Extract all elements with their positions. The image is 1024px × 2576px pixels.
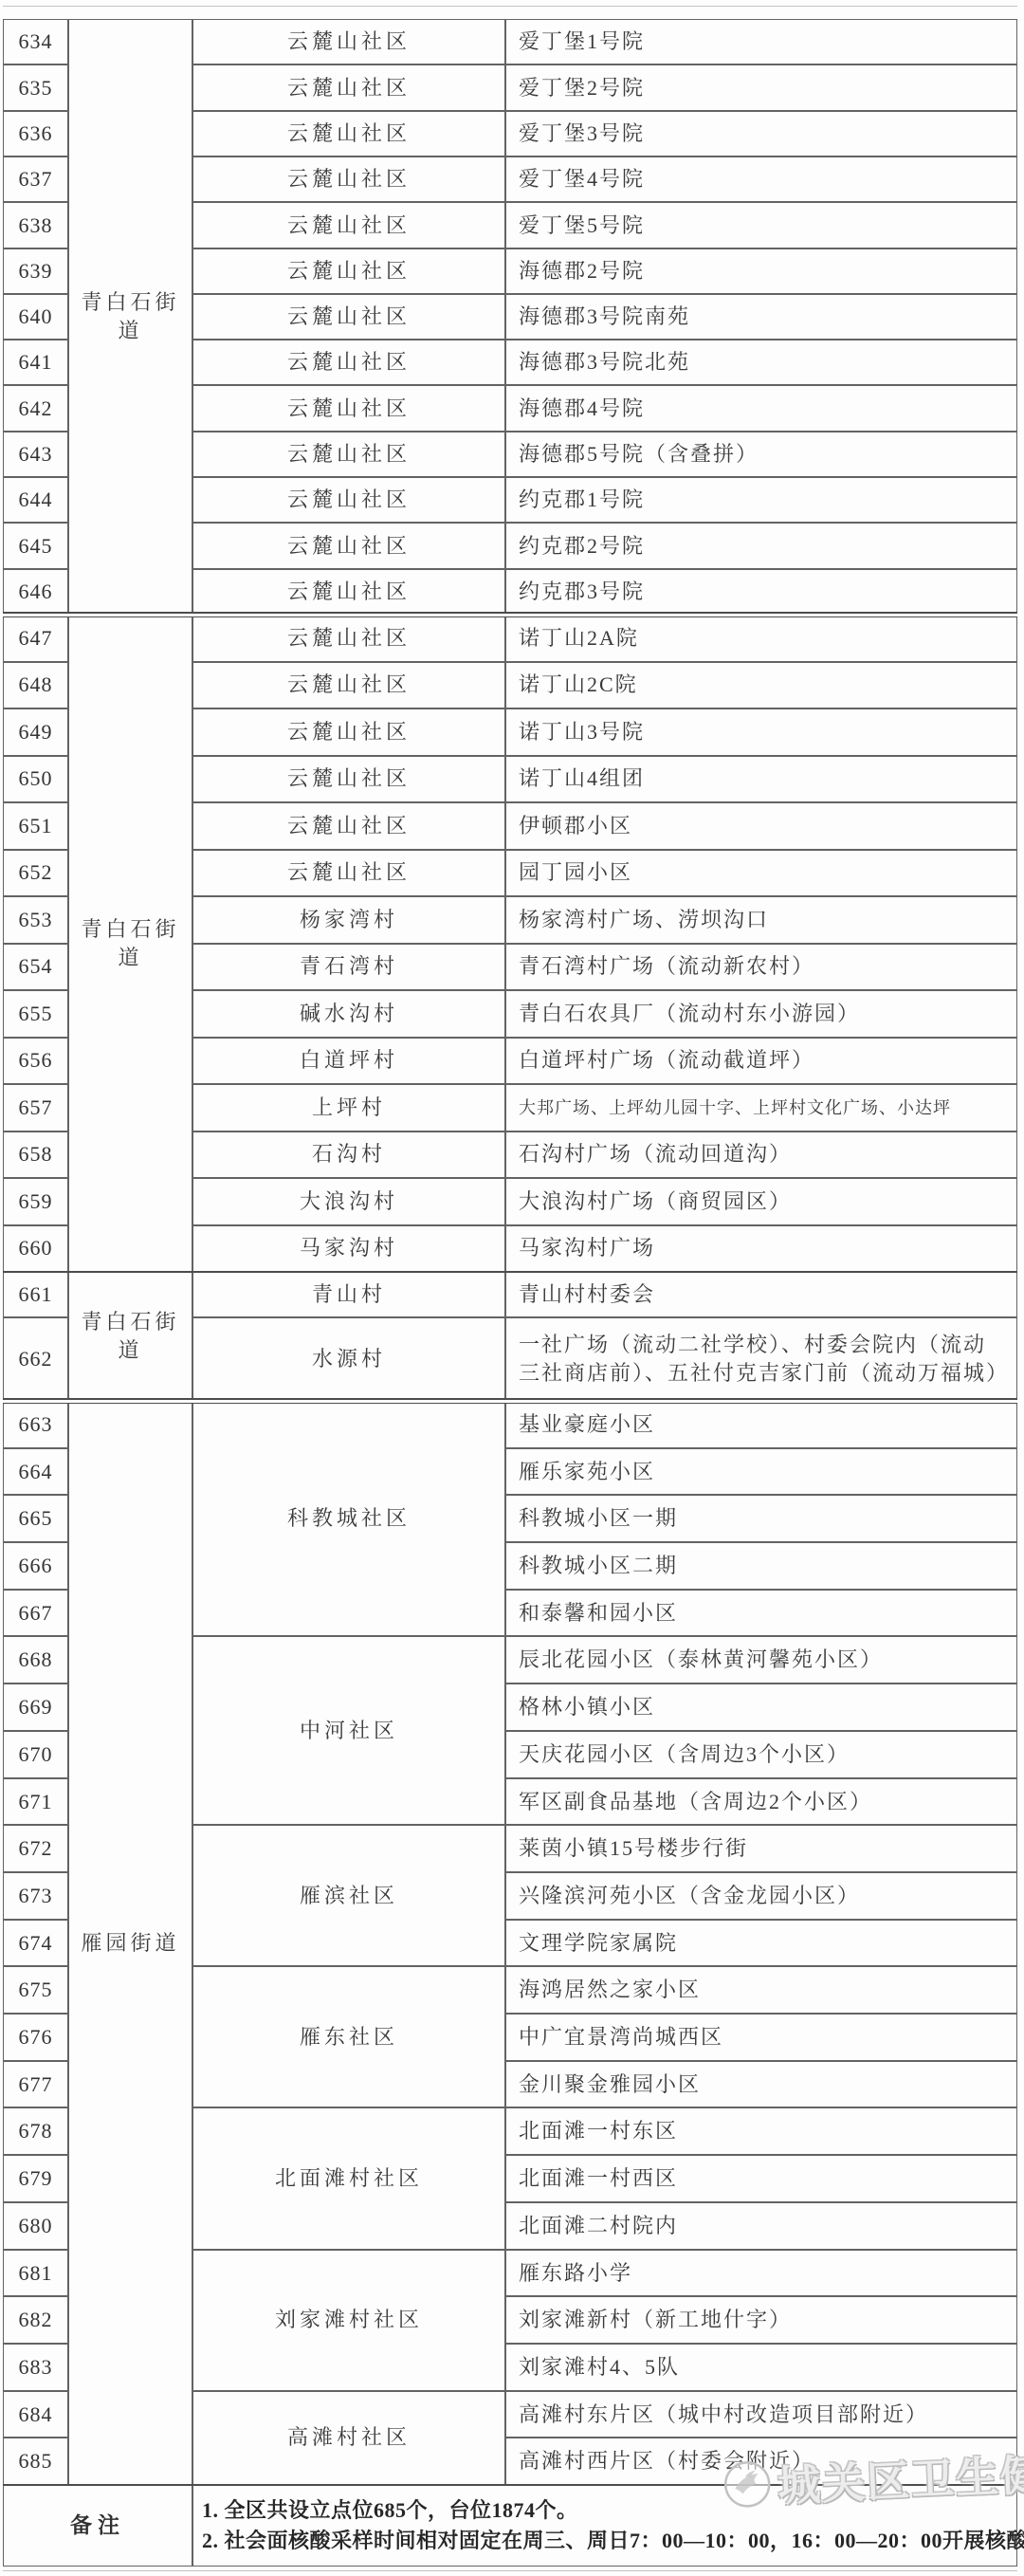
row-number-cell: 641 bbox=[3, 340, 68, 385]
row-number-cell: 653 bbox=[3, 896, 68, 944]
row-number-cell: 644 bbox=[3, 477, 68, 523]
table-top-cut-line bbox=[3, 6, 1017, 7]
community-cell: 云麓山社区 bbox=[192, 662, 505, 709]
row-number-cell: 675 bbox=[3, 1966, 68, 2014]
community-cell: 云麓山社区 bbox=[192, 202, 505, 248]
community-cell: 马家沟村 bbox=[192, 1225, 505, 1273]
row-number-cell: 683 bbox=[3, 2344, 68, 2391]
site-cell: 基业豪庭小区 bbox=[505, 1401, 1017, 1448]
row-number-cell: 664 bbox=[3, 1448, 68, 1496]
row-number-cell: 673 bbox=[3, 1872, 68, 1920]
site-cell: 海德郡3号院北苑 bbox=[505, 340, 1017, 385]
row-number-cell: 636 bbox=[3, 111, 68, 156]
street-cell: 青白石街道 bbox=[68, 19, 192, 615]
community-cell: 云麓山社区 bbox=[192, 569, 505, 615]
row-number-cell: 684 bbox=[3, 2391, 68, 2438]
row-number-cell: 671 bbox=[3, 1778, 68, 1826]
site-cell: 海德郡4号院 bbox=[505, 385, 1017, 431]
street-cell: 青白石街道 bbox=[68, 615, 192, 1272]
community-cell: 云麓山社区 bbox=[192, 850, 505, 897]
row-number-cell: 650 bbox=[3, 756, 68, 803]
group-separator bbox=[3, 1398, 1017, 1404]
remark-label-cell: 备注 bbox=[3, 2485, 192, 2567]
site-cell: 约克郡1号院 bbox=[505, 477, 1017, 523]
community-cell: 云麓山社区 bbox=[192, 248, 505, 294]
row-number-cell: 652 bbox=[3, 850, 68, 897]
site-cell: 爱丁堡4号院 bbox=[505, 156, 1017, 202]
community-cell: 上坪村 bbox=[192, 1084, 505, 1132]
site-cell: 青山村村委会 bbox=[505, 1272, 1017, 1317]
community-cell: 云麓山社区 bbox=[192, 19, 505, 64]
community-cell: 雁东社区 bbox=[192, 1966, 505, 2107]
street-cell: 青白石街道 bbox=[68, 1272, 192, 1401]
site-cell: 一社广场（流动二社学校）、村委会院内（流动三社商店前）、五社付克吉家门前（流动万… bbox=[505, 1317, 1017, 1401]
site-cell: 园丁园小区 bbox=[505, 850, 1017, 897]
row-number-cell: 635 bbox=[3, 64, 68, 110]
row-number-cell: 658 bbox=[3, 1132, 68, 1179]
community-cell: 杨家湾村 bbox=[192, 896, 505, 944]
community-cell: 科教城社区 bbox=[192, 1401, 505, 1636]
site-cell: 杨家湾村广场、涝坝沟口 bbox=[505, 896, 1017, 944]
community-cell: 云麓山社区 bbox=[192, 477, 505, 523]
row-number-cell: 665 bbox=[3, 1495, 68, 1542]
community-cell: 雁滨社区 bbox=[192, 1825, 505, 1966]
row-number-cell: 659 bbox=[3, 1178, 68, 1225]
table-bottom-cut-line bbox=[3, 2570, 1017, 2571]
row-number-cell: 670 bbox=[3, 1731, 68, 1778]
community-cell: 云麓山社区 bbox=[192, 802, 505, 850]
site-cell: 北面滩二村院内 bbox=[505, 2202, 1017, 2250]
row-number-cell: 634 bbox=[3, 19, 68, 64]
remark-line-2: 2. 社会面核酸采样时间相对固定在周三、周日7：00—10：00，16：00—2… bbox=[202, 2526, 1024, 2556]
site-cell: 约克郡3号院 bbox=[505, 569, 1017, 615]
group-separator bbox=[3, 1271, 1017, 1273]
row-number-cell: 645 bbox=[3, 523, 68, 568]
row-number-cell: 637 bbox=[3, 156, 68, 202]
site-cell: 青石湾村广场（流动新农村） bbox=[505, 944, 1017, 991]
site-cell: 天庆花园小区（含周边3个小区） bbox=[505, 1731, 1017, 1778]
row-number-cell: 666 bbox=[3, 1542, 68, 1590]
site-cell: 文理学院家属院 bbox=[505, 1920, 1017, 1967]
site-cell: 雁东路小学 bbox=[505, 2250, 1017, 2297]
site-cell: 诺丁山4组团 bbox=[505, 756, 1017, 803]
community-cell: 中河社区 bbox=[192, 1636, 505, 1825]
site-cell: 高滩村东片区（城中村改造项目部附近） bbox=[505, 2391, 1017, 2438]
community-cell: 高滩村社区 bbox=[192, 2391, 505, 2485]
row-number-cell: 643 bbox=[3, 432, 68, 477]
community-cell: 云麓山社区 bbox=[192, 64, 505, 110]
row-number-cell: 640 bbox=[3, 294, 68, 340]
community-cell: 青山村 bbox=[192, 1272, 505, 1317]
site-cell: 青白石农具厂（流动村东小游园） bbox=[505, 990, 1017, 1038]
testing-sites-table-page: 634云麓山社区爱丁堡1号院635云麓山社区爱丁堡2号院636云麓山社区爱丁堡3… bbox=[0, 0, 1024, 2576]
site-cell: 辰北花园小区（泰林黄河馨苑小区） bbox=[505, 1636, 1017, 1684]
site-cell: 大邦广场、上坪幼儿园十字、上坪村文化广场、小达坪 bbox=[505, 1084, 1017, 1132]
community-cell: 云麓山社区 bbox=[192, 111, 505, 156]
site-cell: 约克郡2号院 bbox=[505, 523, 1017, 568]
site-cell: 石沟村广场（流动回道沟） bbox=[505, 1132, 1017, 1179]
group-separator bbox=[3, 2484, 1017, 2486]
remark-text-cell: 1. 全区共设立点位685个，台位1874个。 2. 社会面核酸采样时间相对固定… bbox=[192, 2485, 1017, 2567]
row-number-cell: 642 bbox=[3, 385, 68, 431]
community-cell: 青石湾村 bbox=[192, 944, 505, 991]
site-cell: 金川聚金雅园小区 bbox=[505, 2061, 1017, 2108]
community-cell: 云麓山社区 bbox=[192, 708, 505, 756]
row-number-cell: 646 bbox=[3, 569, 68, 615]
site-cell: 海德郡5号院（含叠拼） bbox=[505, 432, 1017, 477]
site-cell: 爱丁堡1号院 bbox=[505, 19, 1017, 64]
row-number-cell: 651 bbox=[3, 802, 68, 850]
site-cell: 诺丁山2A院 bbox=[505, 615, 1017, 662]
site-cell: 刘家滩村4、5队 bbox=[505, 2344, 1017, 2391]
community-cell: 云麓山社区 bbox=[192, 156, 505, 202]
community-cell: 云麓山社区 bbox=[192, 615, 505, 662]
site-cell: 爱丁堡3号院 bbox=[505, 111, 1017, 156]
row-number-cell: 669 bbox=[3, 1684, 68, 1731]
row-number-cell: 674 bbox=[3, 1920, 68, 1967]
community-cell: 刘家滩村社区 bbox=[192, 2250, 505, 2391]
site-cell: 海鸿居然之家小区 bbox=[505, 1966, 1017, 2014]
community-cell: 碱水沟村 bbox=[192, 990, 505, 1038]
community-cell: 云麓山社区 bbox=[192, 294, 505, 340]
community-cell: 大浪沟村 bbox=[192, 1178, 505, 1225]
site-cell: 海德郡3号院南苑 bbox=[505, 294, 1017, 340]
community-cell: 水源村 bbox=[192, 1317, 505, 1401]
row-number-cell: 647 bbox=[3, 615, 68, 662]
site-cell: 大浪沟村广场（商贸园区） bbox=[505, 1178, 1017, 1225]
site-cell: 中广宜景湾尚城西区 bbox=[505, 2014, 1017, 2061]
row-number-cell: 668 bbox=[3, 1636, 68, 1684]
community-cell: 石沟村 bbox=[192, 1132, 505, 1179]
site-cell: 海德郡2号院 bbox=[505, 248, 1017, 294]
site-cell: 诺丁山2C院 bbox=[505, 662, 1017, 709]
row-number-cell: 682 bbox=[3, 2296, 68, 2344]
site-cell: 科教城小区一期 bbox=[505, 1495, 1017, 1542]
row-number-cell: 657 bbox=[3, 1084, 68, 1132]
community-cell: 北面滩村社区 bbox=[192, 2107, 505, 2249]
community-cell: 云麓山社区 bbox=[192, 432, 505, 477]
site-cell: 和泰馨和园小区 bbox=[505, 1590, 1017, 1637]
community-cell: 云麓山社区 bbox=[192, 385, 505, 431]
row-number-cell: 649 bbox=[3, 708, 68, 756]
site-cell: 爱丁堡5号院 bbox=[505, 202, 1017, 248]
community-cell: 云麓山社区 bbox=[192, 523, 505, 568]
site-cell: 高滩村西片区（村委会附近） bbox=[505, 2438, 1017, 2485]
row-number-cell: 663 bbox=[3, 1401, 68, 1448]
street-cell: 雁园街道 bbox=[68, 1401, 192, 2485]
site-cell: 军区副食品基地（含周边2个小区） bbox=[505, 1778, 1017, 1826]
community-cell: 云麓山社区 bbox=[192, 340, 505, 385]
site-cell: 爱丁堡2号院 bbox=[505, 64, 1017, 110]
group-separator bbox=[3, 612, 1017, 617]
site-cell: 北面滩一村东区 bbox=[505, 2107, 1017, 2155]
row-number-cell: 677 bbox=[3, 2061, 68, 2108]
row-number-cell: 679 bbox=[3, 2155, 68, 2202]
row-number-cell: 648 bbox=[3, 662, 68, 709]
site-cell: 白道坪村广场（流动截道坪） bbox=[505, 1038, 1017, 1085]
row-number-cell: 661 bbox=[3, 1272, 68, 1317]
community-cell: 白道坪村 bbox=[192, 1038, 505, 1085]
site-cell: 诺丁山3号院 bbox=[505, 708, 1017, 756]
row-number-cell: 662 bbox=[3, 1317, 68, 1401]
row-number-cell: 680 bbox=[3, 2202, 68, 2250]
site-cell: 刘家滩新村（新工地什字） bbox=[505, 2296, 1017, 2344]
row-number-cell: 678 bbox=[3, 2107, 68, 2155]
row-number-cell: 655 bbox=[3, 990, 68, 1038]
site-cell: 格林小镇小区 bbox=[505, 1684, 1017, 1731]
community-cell: 云麓山社区 bbox=[192, 756, 505, 803]
row-number-cell: 660 bbox=[3, 1225, 68, 1273]
site-cell: 兴隆滨河苑小区（含金龙园小区） bbox=[505, 1872, 1017, 1920]
remark-line-1: 1. 全区共设立点位685个，台位1874个。 bbox=[202, 2495, 578, 2526]
site-cell: 雁乐家苑小区 bbox=[505, 1448, 1017, 1496]
site-cell: 莱茵小镇15号楼步行街 bbox=[505, 1825, 1017, 1872]
site-cell: 北面滩一村西区 bbox=[505, 2155, 1017, 2202]
row-number-cell: 667 bbox=[3, 1590, 68, 1637]
site-cell: 伊顿郡小区 bbox=[505, 802, 1017, 850]
row-number-cell: 656 bbox=[3, 1038, 68, 1085]
row-number-cell: 685 bbox=[3, 2438, 68, 2485]
row-number-cell: 681 bbox=[3, 2250, 68, 2297]
row-number-cell: 638 bbox=[3, 202, 68, 248]
row-number-cell: 672 bbox=[3, 1825, 68, 1872]
row-number-cell: 654 bbox=[3, 944, 68, 991]
row-number-cell: 676 bbox=[3, 2014, 68, 2061]
site-cell: 马家沟村广场 bbox=[505, 1225, 1017, 1273]
site-cell: 科教城小区二期 bbox=[505, 1542, 1017, 1590]
row-number-cell: 639 bbox=[3, 248, 68, 294]
